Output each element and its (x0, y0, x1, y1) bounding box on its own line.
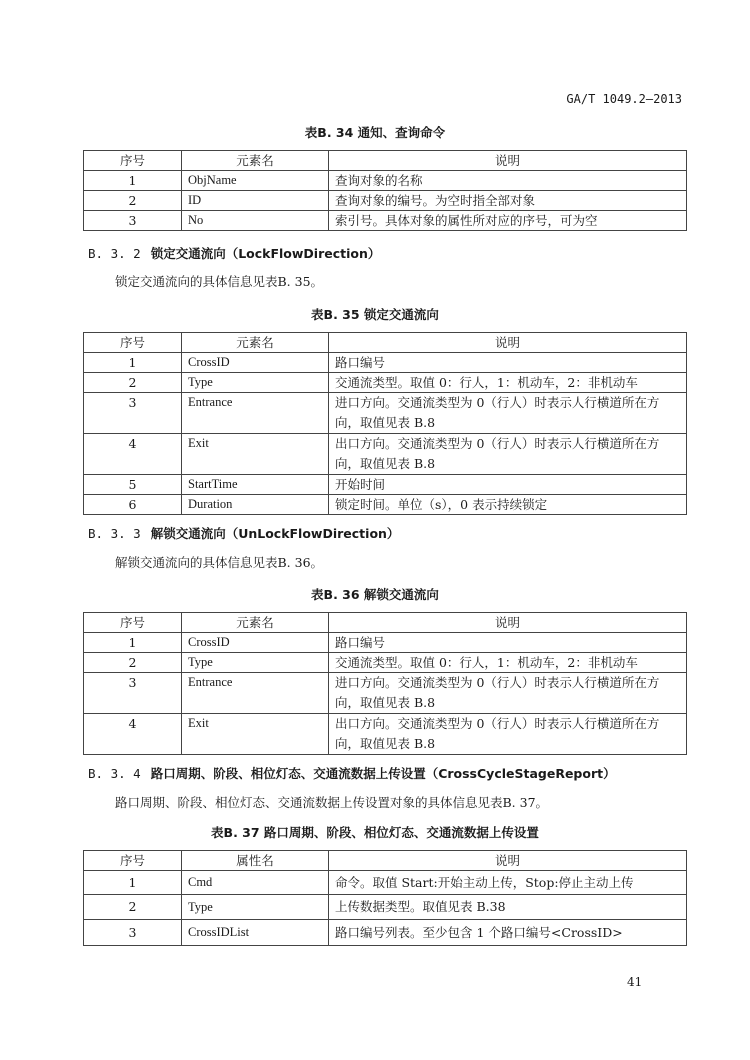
page-number: 41 (627, 975, 642, 989)
row-number: 1 (84, 171, 182, 191)
column-header: 元素名 (182, 151, 329, 171)
table-row: 3 No 索引号。具体对象的属性所对应的序号，可为空 (84, 211, 687, 231)
attribute-name: Type (182, 895, 329, 920)
attribute-description: 路口编号列表。至少包含 1 个路口编号<CrossID> (329, 920, 687, 946)
element-description: 锁定时间。单位（s），0 表示持续锁定 (329, 495, 687, 515)
table-row: 6 Duration 锁定时间。单位（s），0 表示持续锁定 (84, 495, 687, 515)
table-b34: 序号 元素名 说明 1 ObjName 查询对象的名称 2 ID 查询对象的编号… (83, 150, 687, 231)
section-paragraph: 锁定交通流向的具体信息见表B. 35。 (115, 272, 323, 290)
column-header: 序号 (84, 613, 182, 633)
table-b37-caption: 表B. 37 路口周期、阶段、相位灯态、交通流数据上传设置 (0, 823, 750, 841)
element-name: Exit (182, 434, 329, 475)
element-name: Exit (182, 714, 329, 755)
table-row: 3 Entrance 进口方向。交通流类型为 0（行人）时表示人行横道所在方向，… (84, 393, 687, 434)
table-row: 1 CrossID 路口编号 (84, 633, 687, 653)
table-b35: 序号 元素名 说明 1 CrossID 路口编号 2 Type 交通流类型。取值… (83, 332, 687, 515)
table-b34-caption: 表B. 34 通知、查询命令 (0, 123, 750, 141)
table-row: 1 CrossID 路口编号 (84, 353, 687, 373)
section-paragraph: 解锁交通流向的具体信息见表B. 36。 (115, 553, 323, 571)
column-header: 序号 (84, 151, 182, 171)
element-description: 查询对象的编号。为空时指全部对象 (329, 191, 687, 211)
attribute-description: 上传数据类型。取值见表 B.38 (329, 895, 687, 920)
column-header: 说明 (329, 333, 687, 353)
table-row: 2 Type 上传数据类型。取值见表 B.38 (84, 895, 687, 920)
row-number: 2 (84, 373, 182, 393)
element-name: Duration (182, 495, 329, 515)
row-number: 6 (84, 495, 182, 515)
element-description: 交通流类型。取值 0：行人，1：机动车，2：非机动车 (329, 653, 687, 673)
table-header-row: 序号 属性名 说明 (84, 851, 687, 871)
element-name: ObjName (182, 171, 329, 191)
row-number: 1 (84, 871, 182, 895)
attribute-name: CrossIDList (182, 920, 329, 946)
column-header: 说明 (329, 613, 687, 633)
element-description: 查询对象的名称 (329, 171, 687, 191)
row-number: 2 (84, 191, 182, 211)
table-row: 3 CrossIDList 路口编号列表。至少包含 1 个路口编号<CrossI… (84, 920, 687, 946)
section-heading-b34: B. 3. 4路口周期、阶段、相位灯态、交通流数据上传设置（CrossCycle… (88, 764, 616, 782)
column-header: 说明 (329, 151, 687, 171)
element-description: 开始时间 (329, 475, 687, 495)
row-number: 4 (84, 434, 182, 475)
element-description: 索引号。具体对象的属性所对应的序号，可为空 (329, 211, 687, 231)
row-number: 3 (84, 211, 182, 231)
element-name: CrossID (182, 633, 329, 653)
section-number: B. 3. 4 (88, 766, 141, 781)
element-name: ID (182, 191, 329, 211)
row-number: 4 (84, 714, 182, 755)
column-header: 说明 (329, 851, 687, 871)
element-name: Type (182, 373, 329, 393)
attribute-name: Cmd (182, 871, 329, 895)
section-title: 解锁交通流向（UnLockFlowDirection） (151, 526, 400, 541)
document-page: GA/T 1049.2—2013 表B. 34 通知、查询命令 序号 元素名 说… (0, 0, 750, 1060)
column-header: 属性名 (182, 851, 329, 871)
section-heading-b33: B. 3. 3解锁交通流向（UnLockFlowDirection） (88, 524, 399, 542)
section-number: B. 3. 2 (88, 246, 141, 261)
element-name: No (182, 211, 329, 231)
table-row: 2 Type 交通流类型。取值 0：行人，1：机动车，2：非机动车 (84, 373, 687, 393)
element-description: 出口方向。交通流类型为 0（行人）时表示人行横道所在方向，取值见表 B.8 (329, 714, 687, 755)
row-number: 5 (84, 475, 182, 495)
row-number: 3 (84, 393, 182, 434)
table-header-row: 序号 元素名 说明 (84, 151, 687, 171)
element-name: Entrance (182, 673, 329, 714)
table-row: 5 StartTime 开始时间 (84, 475, 687, 495)
column-header: 序号 (84, 851, 182, 871)
table-b35-caption: 表B. 35 锁定交通流向 (0, 305, 750, 323)
table-row: 1 ObjName 查询对象的名称 (84, 171, 687, 191)
column-header: 元素名 (182, 333, 329, 353)
table-b37: 序号 属性名 说明 1 Cmd 命令。取值 Start:开始主动上传，Stop:… (83, 850, 687, 946)
column-header: 元素名 (182, 613, 329, 633)
element-name: CrossID (182, 353, 329, 373)
table-row: 2 Type 交通流类型。取值 0：行人，1：机动车，2：非机动车 (84, 653, 687, 673)
section-heading-b32: B. 3. 2锁定交通流向（LockFlowDirection） (88, 244, 380, 262)
row-number: 1 (84, 353, 182, 373)
attribute-description: 命令。取值 Start:开始主动上传，Stop:停止主动上传 (329, 871, 687, 895)
row-number: 3 (84, 673, 182, 714)
table-b36: 序号 元素名 说明 1 CrossID 路口编号 2 Type 交通流类型。取值… (83, 612, 687, 755)
section-title: 锁定交通流向（LockFlowDirection） (151, 246, 381, 261)
standard-code: GA/T 1049.2—2013 (566, 92, 682, 106)
element-description: 进口方向。交通流类型为 0（行人）时表示人行横道所在方向，取值见表 B.8 (329, 673, 687, 714)
table-b36-caption: 表B. 36 解锁交通流向 (0, 585, 750, 603)
element-description: 交通流类型。取值 0：行人，1：机动车，2：非机动车 (329, 373, 687, 393)
section-title: 路口周期、阶段、相位灯态、交通流数据上传设置（CrossCycleStageRe… (151, 766, 616, 781)
section-number: B. 3. 3 (88, 526, 141, 541)
element-description: 进口方向。交通流类型为 0（行人）时表示人行横道所在方向，取值见表 B.8 (329, 393, 687, 434)
row-number: 2 (84, 653, 182, 673)
row-number: 1 (84, 633, 182, 653)
table-row: 1 Cmd 命令。取值 Start:开始主动上传，Stop:停止主动上传 (84, 871, 687, 895)
element-description: 路口编号 (329, 353, 687, 373)
table-row: 4 Exit 出口方向。交通流类型为 0（行人）时表示人行横道所在方向，取值见表… (84, 434, 687, 475)
element-name: StartTime (182, 475, 329, 495)
table-row: 4 Exit 出口方向。交通流类型为 0（行人）时表示人行横道所在方向，取值见表… (84, 714, 687, 755)
table-row: 3 Entrance 进口方向。交通流类型为 0（行人）时表示人行横道所在方向，… (84, 673, 687, 714)
table-header-row: 序号 元素名 说明 (84, 613, 687, 633)
element-name: Type (182, 653, 329, 673)
element-description: 路口编号 (329, 633, 687, 653)
table-row: 2 ID 查询对象的编号。为空时指全部对象 (84, 191, 687, 211)
element-description: 出口方向。交通流类型为 0（行人）时表示人行横道所在方向，取值见表 B.8 (329, 434, 687, 475)
section-paragraph: 路口周期、阶段、相位灯态、交通流数据上传设置对象的具体信息见表B. 37。 (115, 793, 548, 811)
column-header: 序号 (84, 333, 182, 353)
row-number: 3 (84, 920, 182, 946)
row-number: 2 (84, 895, 182, 920)
element-name: Entrance (182, 393, 329, 434)
table-header-row: 序号 元素名 说明 (84, 333, 687, 353)
